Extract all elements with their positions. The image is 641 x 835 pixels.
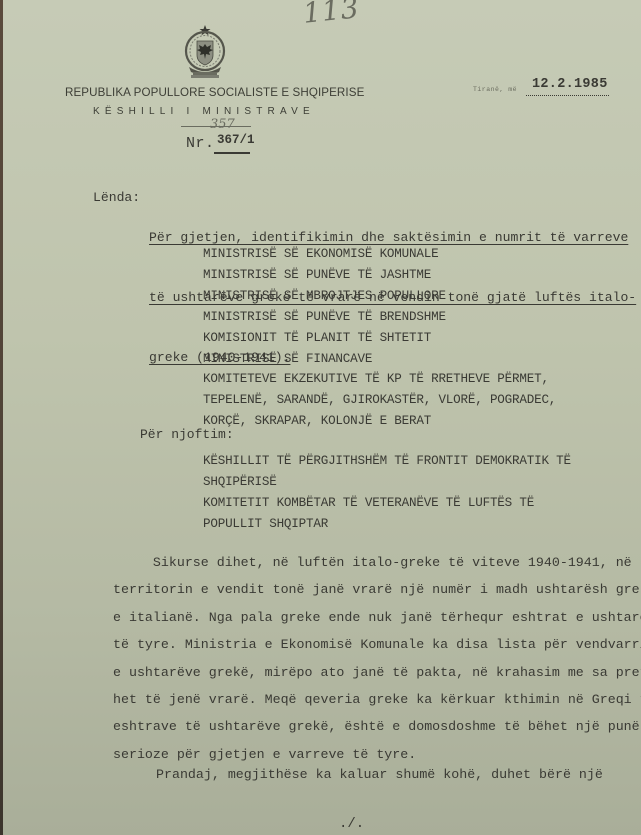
- place-label: Tiranë, më: [473, 86, 517, 93]
- recipient: MINISTRISË SË FINANCAVE: [203, 349, 556, 370]
- for-information-list: KËSHILLIT TË PËRGJITHSHËM TË FRONTIT DEM…: [203, 451, 571, 535]
- continuation-mark: ./.: [339, 814, 364, 834]
- recipient: KOMISIONIT TË PLANIT TË SHTETIT: [203, 328, 556, 349]
- info-recipient: KOMITETIT KOMBËTAR TË VETERANËVE TË LUFT…: [203, 493, 571, 514]
- folio-number: 113: [301, 0, 361, 30]
- recipient: TEPELENË, SARANDË, GJIROKASTËR, VLORË, P…: [203, 390, 556, 411]
- date-value: 12.2.1985: [532, 77, 608, 92]
- body-paragraph-1: Sikurse dihet, në luftën italo-greke të …: [113, 549, 641, 768]
- recipient: MINISTRISË SË EKONOMISË KOMUNALE: [203, 244, 556, 265]
- recipient: MINISTRISË SË PUNËVE TË BRENDSHME: [203, 307, 556, 328]
- recipients-list: MINISTRISË SË EKONOMISË KOMUNALE MINISTR…: [203, 244, 556, 432]
- info-recipient: KËSHILLIT TË PËRGJITHSHËM TË FRONTIT DEM…: [203, 451, 571, 472]
- recipient: MINISTRISË SË MBROJTJES POPULLORE: [203, 286, 556, 307]
- republic-name: REPUBLIKA POPULLORE SOCIALISTE E SHQIPER…: [65, 86, 364, 99]
- body-line: eshtrave të ushtarëve grekë, është e dom…: [113, 713, 641, 740]
- number-value: 367/1: [217, 133, 255, 147]
- body-line: territorin e vendit tonë janë vrarë një …: [113, 576, 641, 603]
- subject-label: Lënda:: [93, 188, 140, 208]
- date-underline: [526, 95, 609, 97]
- recipient: KORÇË, SKRAPAR, KOLONJË E BERAT: [203, 411, 556, 432]
- body-line: e ushtarëve grekë, mirëpo ato janë të pa…: [113, 659, 641, 686]
- number-underline: [214, 152, 250, 154]
- info-recipient: SHQIPËRISË: [203, 472, 571, 493]
- old-number-handwritten: 357: [210, 117, 235, 132]
- document-page: 113 REPUBLIKA POPULLORE SOCIALISTE E SHQ…: [3, 0, 641, 835]
- body-paragraph-2: Prandaj, megjithëse ka kaluar shumë kohë…: [156, 765, 603, 785]
- recipient: KOMITETEVE EKZEKUTIVE TË KP TË RRETHEVE …: [203, 369, 556, 390]
- strike-line: [181, 126, 251, 127]
- coat-of-arms-icon: [181, 24, 229, 80]
- body-line: e italianë. Nga pala greke ende nuk janë…: [113, 604, 641, 631]
- number-label: Nr.: [186, 135, 215, 152]
- recipient: MINISTRISË SË PUNËVE TË JASHTME: [203, 265, 556, 286]
- body-line: het të jenë vrarë. Meqë qeveria greke ka…: [113, 686, 641, 713]
- body-line: Sikurse dihet, në luftën italo-greke të …: [113, 549, 641, 576]
- council-name: KËSHILLI I MINISTRAVE: [93, 106, 315, 117]
- for-information-label: Për njoftim:: [140, 427, 234, 442]
- info-recipient: POPULLIT SHQIPTAR: [203, 514, 571, 535]
- body-line: të tyre. Ministria e Ekonomisë Komunale …: [113, 631, 641, 658]
